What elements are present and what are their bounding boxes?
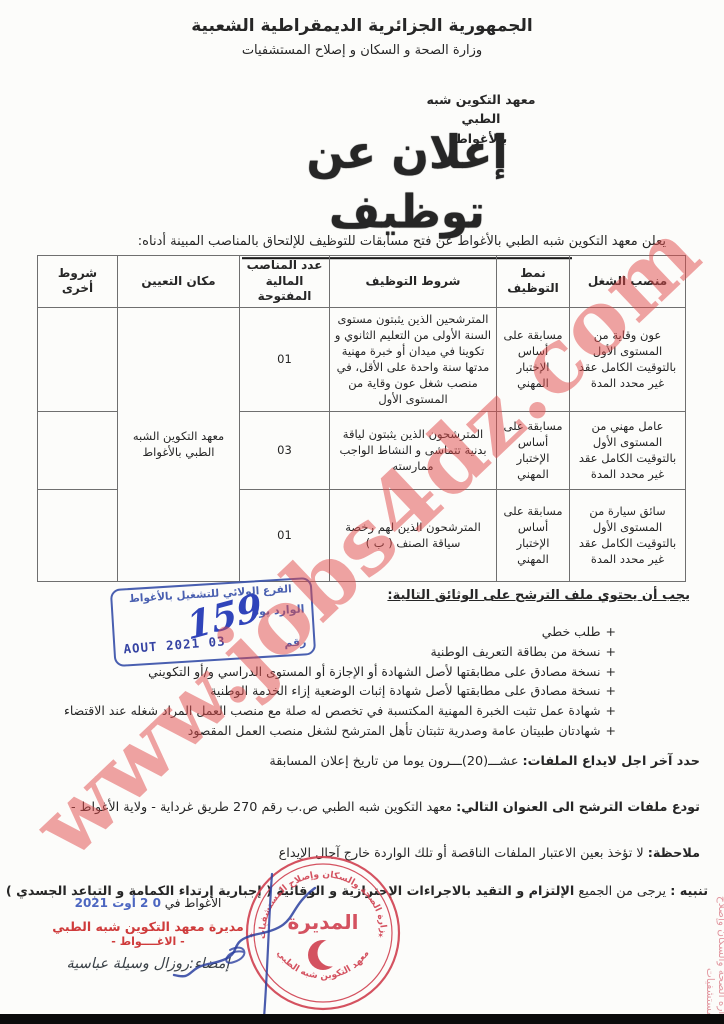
cell-other xyxy=(38,489,118,581)
document-item-text: طلب خطي xyxy=(542,624,601,639)
plus-bullet: + xyxy=(606,644,616,659)
list-item: +نسخة مصادق على مطابقتها لأصل شهادة إثبا… xyxy=(64,681,616,701)
plus-bullet: + xyxy=(606,664,616,679)
star-icon: ✶ xyxy=(377,931,384,940)
plus-bullet: + xyxy=(606,703,616,718)
cell-mode: مسابقة على أساس الإختبار المهني xyxy=(497,411,570,489)
cell-position: عامل مهني من المستوى الأول بالتوقيت الكا… xyxy=(570,411,686,489)
address-text: معهد التكوين شبه الطبي ص.ب رقم 270 طريق … xyxy=(71,800,452,815)
table-row: عون وقاية من المستوى الأول بالتوقيت الكا… xyxy=(38,307,686,411)
scan-edge-bar xyxy=(0,1014,724,1024)
cell-count: 01 xyxy=(240,489,330,581)
republic-line: الجمهورية الجزائرية الديمقراطية الشعبية xyxy=(0,16,724,36)
document-item-text: شهادة عمل تثبت الخبرة المهنية المكتسبة ف… xyxy=(64,703,601,718)
handwritten-signature-icon xyxy=(160,872,340,1022)
document-header: الجمهورية الجزائرية الديمقراطية الشعبية … xyxy=(0,16,724,58)
warning-pre: يرجى من الجميع xyxy=(578,884,666,899)
ministry-line: وزارة الصحة و السكان و إصلاح المستشفيات xyxy=(0,43,724,58)
date-stamp: 0 2 أوت 2021 xyxy=(75,896,161,910)
positions-table: منصب الشغل نمط التوظيف شروط التوظيف عدد … xyxy=(37,255,686,582)
scanned-document-page: الجمهورية الجزائرية الديمقراطية الشعبية … xyxy=(0,0,724,1024)
cell-mode: مسابقة على أساس الإختبار المهني xyxy=(497,307,570,411)
col-other: شروط أخرى xyxy=(38,256,118,308)
col-mode: نمط التوظيف xyxy=(497,256,570,308)
plus-bullet: + xyxy=(606,624,616,639)
col-conditions: شروط التوظيف xyxy=(330,256,497,308)
cell-other xyxy=(38,411,118,489)
col-position: منصب الشغل xyxy=(570,256,686,308)
document-item-text: نسخة مصادق على مطابقتها لأصل شهادة إثبات… xyxy=(210,683,600,698)
address-line: تودع ملفات الترشح الى العنوان التالي: مع… xyxy=(71,799,700,818)
cell-conditions: المترشحون الذين لهم رخصة سياقة الصنف ( ب… xyxy=(330,489,497,581)
cell-count: 03 xyxy=(240,411,330,489)
cell-conditions: المترشحون الذين يثبتون لياقة بدنية تتماش… xyxy=(330,411,497,489)
cell-other xyxy=(38,307,118,411)
edge-stamp-bleed: وزارة الصحة والسكان وإصلاح المستشفيات xyxy=(704,868,724,1024)
registry-stamp: الفرع الولائي للتشغيل بالأغواط الوارد يو… xyxy=(110,577,316,667)
deadline-label: حدد آخر اجل لايداع الملفات: xyxy=(523,754,700,769)
cell-position: سائق سيارة من المستوى الأول بالتوقيت الك… xyxy=(570,489,686,581)
document-item-text: نسخة من بطاقة التعريف الوطنية xyxy=(430,644,600,659)
plus-bullet: + xyxy=(606,723,616,738)
document-item-text: شهادتان طبيتان عامة وصدرية تثبتان تأهل ا… xyxy=(188,723,601,738)
col-location: مكان التعيين xyxy=(118,256,240,308)
table-header-row: منصب الشغل نمط التوظيف شروط التوظيف عدد … xyxy=(38,256,686,308)
document-item-text: نسخة مصادق على مطابقتها لأصل الشهادة أو … xyxy=(148,664,600,679)
cell-location: معهد التكوين الشبه الطبي بالأغواط xyxy=(118,307,240,581)
list-item: +شهادة عمل تثبت الخبرة المهنية المكتسبة … xyxy=(64,701,616,721)
address-label: تودع ملفات الترشح الى العنوان التالي: xyxy=(456,800,700,815)
warning-label: تنبيه : xyxy=(670,884,708,899)
plus-bullet: + xyxy=(606,683,616,698)
list-item: +شهادتان طبيتان عامة وصدرية تثبتان تأهل … xyxy=(64,721,616,741)
cell-conditions: المترشحين الذين يثبتون مستوى السنة الأول… xyxy=(330,307,497,411)
registry-number-label: رقم xyxy=(284,635,307,649)
intro-paragraph: يعلن معهد التكوين شبه الطبي بالأغواط عن … xyxy=(46,232,666,252)
col-count: عدد المناصب المالية المفتوحة xyxy=(240,256,330,308)
cell-count: 01 xyxy=(240,307,330,411)
documents-heading: يجب أن يحتوي ملف الترشح على الوثائق التا… xyxy=(387,588,690,603)
cell-mode: مسابقة على أساس الإختبار المهني xyxy=(497,489,570,581)
note-label: ملاحظة: xyxy=(648,846,700,861)
deadline-text: عشـــ(20)ـــرون يوما من تاريخ إعلان المس… xyxy=(269,754,518,769)
cell-position: عون وقاية من المستوى الأول بالتوقيت الكا… xyxy=(570,307,686,411)
deadline-line: حدد آخر اجل لايداع الملفات: عشـــ(20)ـــ… xyxy=(269,753,700,772)
